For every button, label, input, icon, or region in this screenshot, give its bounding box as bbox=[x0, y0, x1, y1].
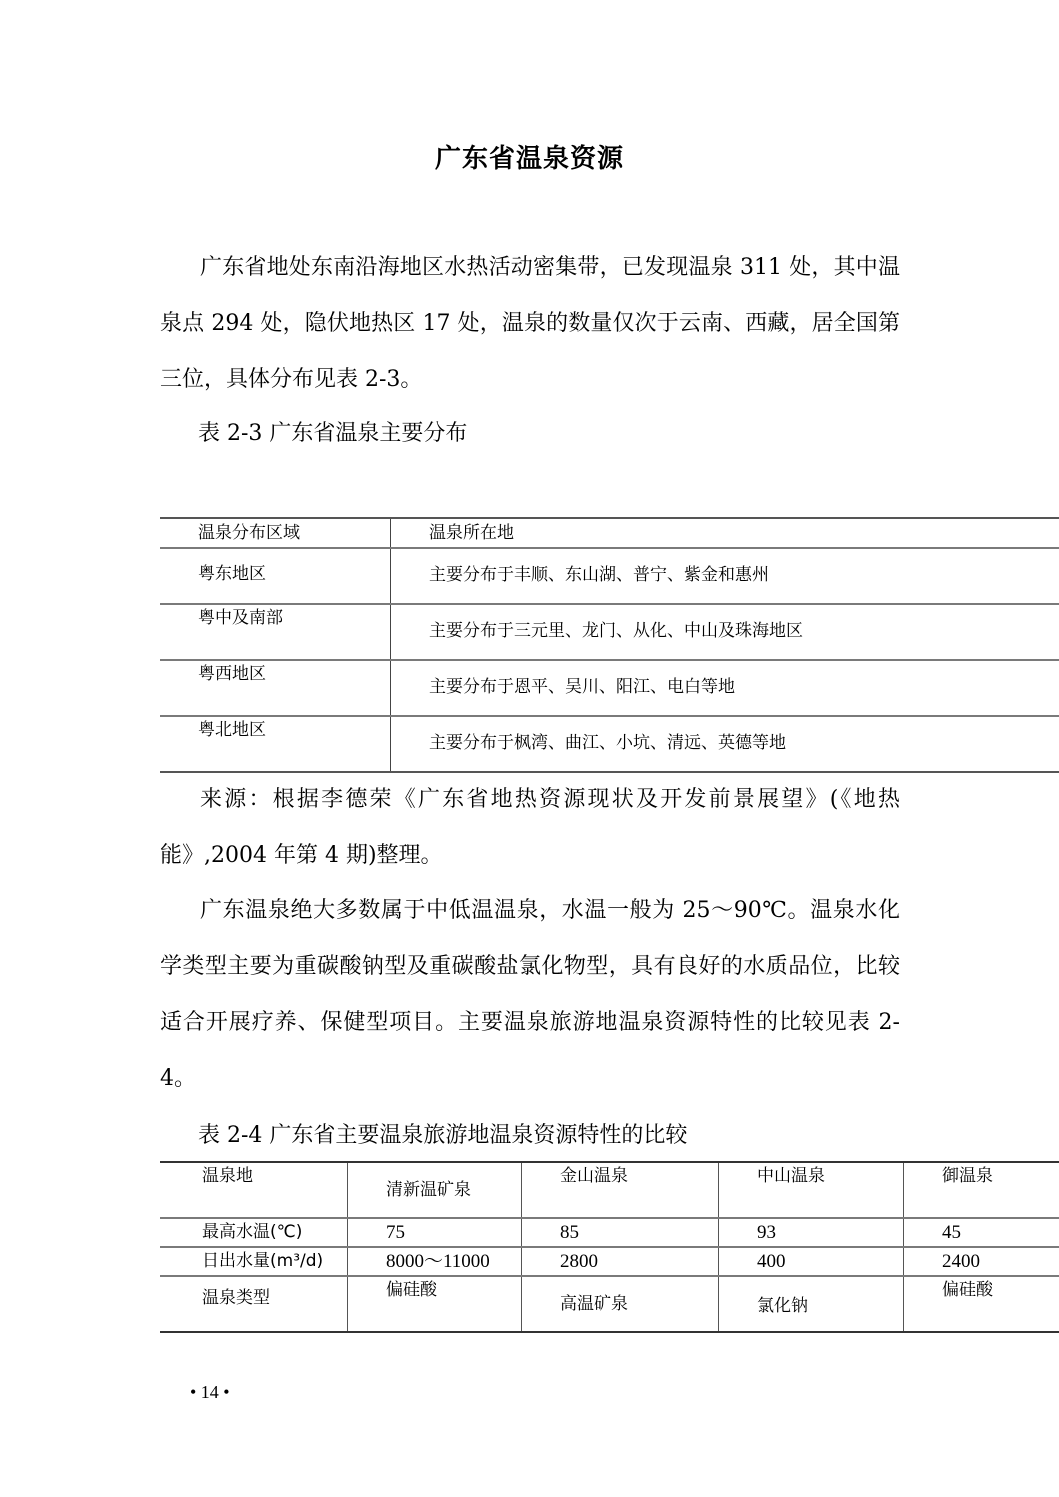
row-label-cell: 温泉类型 bbox=[160, 1276, 348, 1332]
table-2-3: 温泉分布区域 温泉所在地 粤东地区 主要分布于丰顺、东山湖、普宁、紫金和惠州 粤… bbox=[160, 517, 1059, 773]
table-row: 粤西地区 主要分布于恩平、吴川、阳江、电白等地 bbox=[160, 660, 1059, 716]
value-text: 氯化钠 bbox=[757, 1295, 903, 1317]
column-name: 清新温矿泉 bbox=[386, 1179, 521, 1201]
source-note: 来源：根据李德荣《广东省地热资源现状及开发前景展望》(《地热能》,2004 年第… bbox=[160, 772, 900, 884]
table-header-row: 温泉地 清新温矿泉 金山温泉 中山温泉 御温泉 bbox=[160, 1162, 1059, 1218]
table-row: 温泉类型 偏硅酸 高温矿泉 氯化钠 偏硅酸 bbox=[160, 1276, 1059, 1332]
row-label: 最高水温(℃) bbox=[160, 1218, 348, 1247]
header-label-text: 温泉地 bbox=[202, 1165, 347, 1187]
region-cell: 粤中及南部 bbox=[160, 604, 391, 660]
value-text: 偏硅酸 bbox=[942, 1279, 1059, 1301]
table-header-row: 温泉分布区域 温泉所在地 bbox=[160, 518, 1059, 548]
location-text: 主要分布于恩平、吴川、阳江、电白等地 bbox=[429, 675, 1059, 699]
column-name: 金山温泉 bbox=[560, 1165, 718, 1187]
row-label: 温泉类型 bbox=[202, 1287, 347, 1309]
location-text: 主要分布于丰顺、东山湖、普宁、紫金和惠州 bbox=[429, 563, 1059, 587]
region-text: 粤中及南部 bbox=[198, 607, 390, 629]
header-cell-region: 温泉分布区域 bbox=[160, 518, 391, 548]
value-cell: 偏硅酸 bbox=[348, 1276, 522, 1332]
value-cell: 偏硅酸 bbox=[904, 1276, 1059, 1332]
header-cell: 御温泉 bbox=[904, 1162, 1059, 1218]
value-cell: 93 bbox=[719, 1218, 904, 1247]
value-cell: 2800 bbox=[522, 1247, 719, 1276]
page-title: 广东省温泉资源 bbox=[0, 138, 1059, 175]
value-cell: 8000～11000 bbox=[348, 1247, 522, 1276]
value-cell: 氯化钠 bbox=[719, 1276, 904, 1332]
region-text: 粤西地区 bbox=[198, 663, 390, 685]
value-cell: 2400 bbox=[904, 1247, 1059, 1276]
value-cell: 45 bbox=[904, 1218, 1059, 1247]
table-row: 粤东地区 主要分布于丰顺、东山湖、普宁、紫金和惠州 bbox=[160, 548, 1059, 604]
page-number: • 14 • bbox=[190, 1382, 230, 1403]
header-cell: 金山温泉 bbox=[522, 1162, 719, 1218]
column-name: 御温泉 bbox=[942, 1165, 1059, 1187]
intro-paragraph: 广东省地处东南沿海地区水热活动密集带，已发现温泉 311 处，其中温泉点 294… bbox=[160, 240, 900, 408]
header-cell: 清新温矿泉 bbox=[348, 1162, 522, 1218]
region-text: 粤东地区 bbox=[198, 563, 390, 585]
table-2-3-caption: 表 2-3 广东省温泉主要分布 bbox=[198, 416, 467, 447]
table-2-4: 温泉地 清新温矿泉 金山温泉 中山温泉 御温泉 最高水温(℃) 75 85 93… bbox=[160, 1161, 1059, 1333]
table-row: 粤中及南部 主要分布于三元里、龙门、从化、中山及珠海地区 bbox=[160, 604, 1059, 660]
value-cell: 400 bbox=[719, 1247, 904, 1276]
row-label: 日出水量(m³/d) bbox=[160, 1247, 348, 1276]
table-row: 粤北地区 主要分布于枫湾、曲江、小坑、清远、英德等地 bbox=[160, 716, 1059, 772]
location-cell: 主要分布于丰顺、东山湖、普宁、紫金和惠州 bbox=[391, 548, 1059, 604]
value-text: 偏硅酸 bbox=[386, 1279, 521, 1301]
location-text: 主要分布于三元里、龙门、从化、中山及珠海地区 bbox=[429, 619, 1059, 643]
location-cell: 主要分布于枫湾、曲江、小坑、清远、英德等地 bbox=[391, 716, 1059, 772]
value-cell: 高温矿泉 bbox=[522, 1276, 719, 1332]
location-text: 主要分布于枫湾、曲江、小坑、清远、英德等地 bbox=[429, 731, 1059, 755]
body-paragraph: 广东温泉绝大多数属于中低温温泉，水温一般为 25～90℃。温泉水化学类型主要为重… bbox=[160, 883, 900, 1107]
region-text: 粤北地区 bbox=[198, 719, 390, 741]
region-cell: 粤东地区 bbox=[160, 548, 391, 604]
header-cell-label: 温泉地 bbox=[160, 1162, 348, 1218]
header-cell: 中山温泉 bbox=[719, 1162, 904, 1218]
region-cell: 粤北地区 bbox=[160, 716, 391, 772]
value-cell: 75 bbox=[348, 1218, 522, 1247]
value-cell: 85 bbox=[522, 1218, 719, 1247]
location-cell: 主要分布于三元里、龙门、从化、中山及珠海地区 bbox=[391, 604, 1059, 660]
value-text: 高温矿泉 bbox=[560, 1293, 718, 1315]
header-cell-location: 温泉所在地 bbox=[391, 518, 1059, 548]
table-2-4-caption: 表 2-4 广东省主要温泉旅游地温泉资源特性的比较 bbox=[198, 1118, 687, 1149]
location-cell: 主要分布于恩平、吴川、阳江、电白等地 bbox=[391, 660, 1059, 716]
table-row: 最高水温(℃) 75 85 93 45 bbox=[160, 1218, 1059, 1247]
table-row: 日出水量(m³/d) 8000～11000 2800 400 2400 bbox=[160, 1247, 1059, 1276]
region-cell: 粤西地区 bbox=[160, 660, 391, 716]
column-name: 中山温泉 bbox=[757, 1165, 903, 1187]
